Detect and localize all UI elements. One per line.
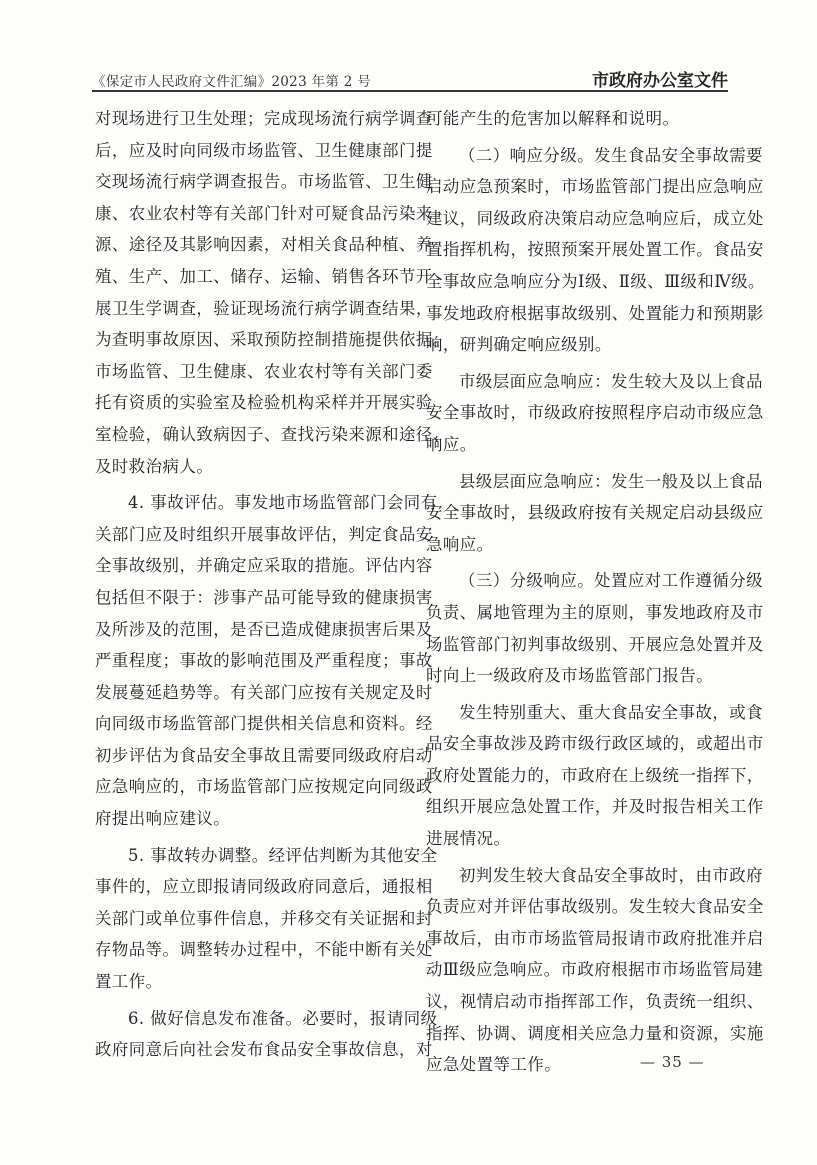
text-line: 及时救治病人。	[95, 451, 407, 483]
text-line: 托有资质的实验室及检验机构采样并开展实验	[95, 387, 407, 419]
text-line: 事发地政府根据事故级别、处置能力和预期影	[426, 298, 730, 330]
text-line: 响应。	[426, 429, 730, 461]
text-line: 为查明事故原因、采取预防控制措施提供依据。	[95, 324, 407, 356]
right-text-column: 可能产生的危害加以解释和说明。（二）响应分级。发生食品安全事故需要启动应急预案时…	[426, 103, 730, 1081]
text-line: 负责、属地管理为主的原则，事发地政府及市	[426, 597, 730, 629]
text-line: 康、农业农村等有关部门针对可疑食品污染来	[95, 198, 407, 230]
text-line: 可能产生的危害加以解释和说明。	[426, 103, 730, 135]
document-category: 市政府办公室文件	[592, 66, 728, 91]
text-line: （三）分级响应。处置应对工作遵循分级	[426, 565, 730, 597]
text-line: 政府同意后向社会发布食品安全事故信息，对	[95, 1034, 407, 1066]
text-line: 负责应对并评估事故级别。发生较大食品安全	[426, 891, 730, 923]
text-line: 启动应急预案时，市场监管部门提出应急响应	[426, 171, 730, 203]
text-line: 议，视情启动市指挥部工作，负责统一组织、	[426, 986, 730, 1018]
text-line: 关部门或单位事件信息，并移交有关证据和封	[95, 903, 407, 935]
text-line: 6. 做好信息发布准备。必要时，报请同级	[95, 1003, 407, 1035]
text-line: 应急响应的，市场监管部门应按规定向同级政	[95, 771, 407, 803]
text-line: 进展情况。	[426, 823, 730, 855]
text-line: 殖、生产、加工、储存、运输、销售各环节开	[95, 261, 407, 293]
text-line: 对现场进行卫生处理；完成现场流行病学调查	[95, 103, 407, 135]
text-line: 品安全事故涉及跨市级行政区域的，或超出市	[426, 728, 730, 760]
text-line: 4. 事故评估。事发地市场监管部门会同有	[95, 487, 407, 519]
text-line: 事故后，由市市场监管局报请市政府批准并启	[426, 923, 730, 955]
text-line: 5. 事故转办调整。经评估判断为其他安全	[95, 840, 407, 872]
text-line: 府提出响应建议。	[95, 803, 407, 835]
text-line: 置工作。	[95, 966, 407, 998]
text-line: 全事故应急响应分为Ⅰ级、Ⅱ级、Ⅲ级和Ⅳ级。	[426, 266, 730, 298]
text-line: 响，研判确定响应级别。	[426, 329, 730, 361]
text-line: 关部门应及时组织开展事故评估，判定食品安	[95, 519, 407, 551]
text-line: 县级层面应急响应：发生一般及以上食品	[426, 466, 730, 498]
text-line: 室检验，确认致病因子、查找污染来源和途径、	[95, 419, 407, 451]
running-header: 《保定市人民政府文件汇编》2023 年第 2 号 市政府办公室文件	[92, 66, 728, 92]
text-line: 全事故级别，并确定应采取的措施。评估内容	[95, 550, 407, 582]
text-line: 存物品等。调整转办过程中，不能中断有关处	[95, 934, 407, 966]
text-line: 发展蔓延趋势等。有关部门应按有关规定及时	[95, 677, 407, 709]
text-line: （二）响应分级。发生食品安全事故需要	[426, 140, 730, 172]
text-line: 初步评估为食品安全事故且需要同级政府启动	[95, 740, 407, 772]
text-line: 时向上一级政府及市场监管部门报告。	[426, 660, 730, 692]
text-line: 市场监管、卫生健康、农业农村等有关部门委	[95, 356, 407, 388]
text-line: 事件的，应立即报请同级政府同意后，通报相	[95, 871, 407, 903]
text-line: 后，应及时向同级市场监管、卫生健康部门提	[95, 135, 407, 167]
text-line: 展卫生学调查，验证现场流行病学调查结果，	[95, 293, 407, 325]
text-line: 交现场流行病学调查报告。市场监管、卫生健	[95, 166, 407, 198]
text-line: 安全事故时，县级政府按有关规定启动县级应	[426, 497, 730, 529]
text-line: 包括但不限于：涉事产品可能导致的健康损害	[95, 582, 407, 614]
text-line: 严重程度；事故的影响范围及严重程度；事故	[95, 645, 407, 677]
left-text-column: 对现场进行卫生处理；完成现场流行病学调查后，应及时向同级市场监管、卫生健康部门提…	[95, 103, 407, 1066]
text-line: 发生特别重大、重大食品安全事故，或食	[426, 697, 730, 729]
text-line: 组织开展应急处置工作，并及时报告相关工作	[426, 791, 730, 823]
text-line: 建议，同级政府决策启动应急响应后，成立处	[426, 203, 730, 235]
text-line: 及所涉及的范围，是否已造成健康损害后果及	[95, 614, 407, 646]
text-line: 市级层面应急响应：发生较大及以上食品	[426, 366, 730, 398]
publication-title: 《保定市人民政府文件汇编》2023 年第 2 号	[92, 70, 371, 90]
text-line: 源、途径及其影响因素，对相关食品种植、养	[95, 229, 407, 261]
text-line: 急响应。	[426, 529, 730, 561]
text-line: 置指挥机构，按照预案开展处置工作。食品安	[426, 234, 730, 266]
text-line: 指挥、协调、调度相关应急力量和资源，实施	[426, 1018, 730, 1050]
text-line: 动Ⅲ级应急响应。市政府根据市市场监管局建	[426, 954, 730, 986]
text-line: 场监管部门初判事故级别、开展应急处置并及	[426, 629, 730, 661]
text-line: 安全事故时，市级政府按照程序启动市级应急	[426, 397, 730, 429]
text-line: 政府处置能力的，市政府在上级统一指挥下，	[426, 760, 730, 792]
page-number: — 35 —	[640, 1053, 705, 1071]
text-line: 初判发生较大食品安全事故时，由市政府	[426, 860, 730, 892]
text-line: 向同级市场监管部门提供相关信息和资料。经	[95, 708, 407, 740]
